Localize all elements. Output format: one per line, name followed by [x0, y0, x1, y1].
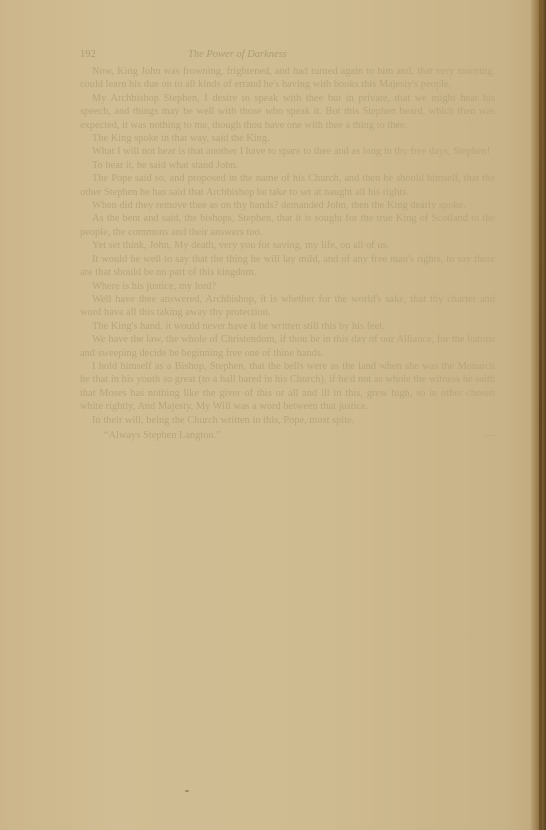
scanned-book-page: 192 The Power of Darkness Now, King John…: [0, 0, 546, 830]
paper-blemish: [185, 790, 189, 792]
paragraph: We have the law, the whole of Christendo…: [80, 333, 495, 360]
page-text-block: 192 The Power of Darkness Now, King John…: [80, 48, 495, 442]
paragraph: As the bent and said, the bishops, Steph…: [80, 212, 495, 239]
paragraph: The King spoke in that way, said the Kin…: [80, 132, 495, 145]
paragraph: Yet set think, John, My death, very you …: [80, 239, 495, 252]
paragraph: Where is his justice, my lord?: [80, 280, 495, 293]
paragraph: The King's hand, it would never have it …: [80, 320, 495, 333]
paragraph: It would be well to say that the thing h…: [80, 253, 495, 280]
paragraph: To hear it, he said what stand John.: [80, 159, 495, 172]
signature-line: “Always Stephen Langton.” —: [80, 429, 495, 442]
paragraph: Well have thee answered, Archbishop, it …: [80, 293, 495, 320]
paragraph: Now, King John was frowning, frightened,…: [80, 65, 495, 92]
signature: “Always Stephen Langton.”: [104, 430, 221, 441]
running-head: 192 The Power of Darkness: [80, 48, 495, 62]
trailing-mark: —: [473, 429, 495, 442]
page-edge-shadow: [539, 0, 542, 830]
page-number: 192: [80, 48, 140, 61]
paragraph: I hold himself as a Bishop, Stephen, tha…: [80, 360, 495, 414]
running-title: The Power of Darkness: [188, 48, 287, 61]
paragraph: In their will, being the Church written …: [80, 414, 495, 427]
paragraph: What I will not hear is that another I h…: [80, 145, 495, 158]
paragraph: The Pope said so, and proposed in the na…: [80, 172, 495, 199]
paragraph: When did they remove thee as on thy hand…: [80, 199, 495, 212]
paragraph: My Archbishop Stephen, I desire to speak…: [80, 92, 495, 132]
